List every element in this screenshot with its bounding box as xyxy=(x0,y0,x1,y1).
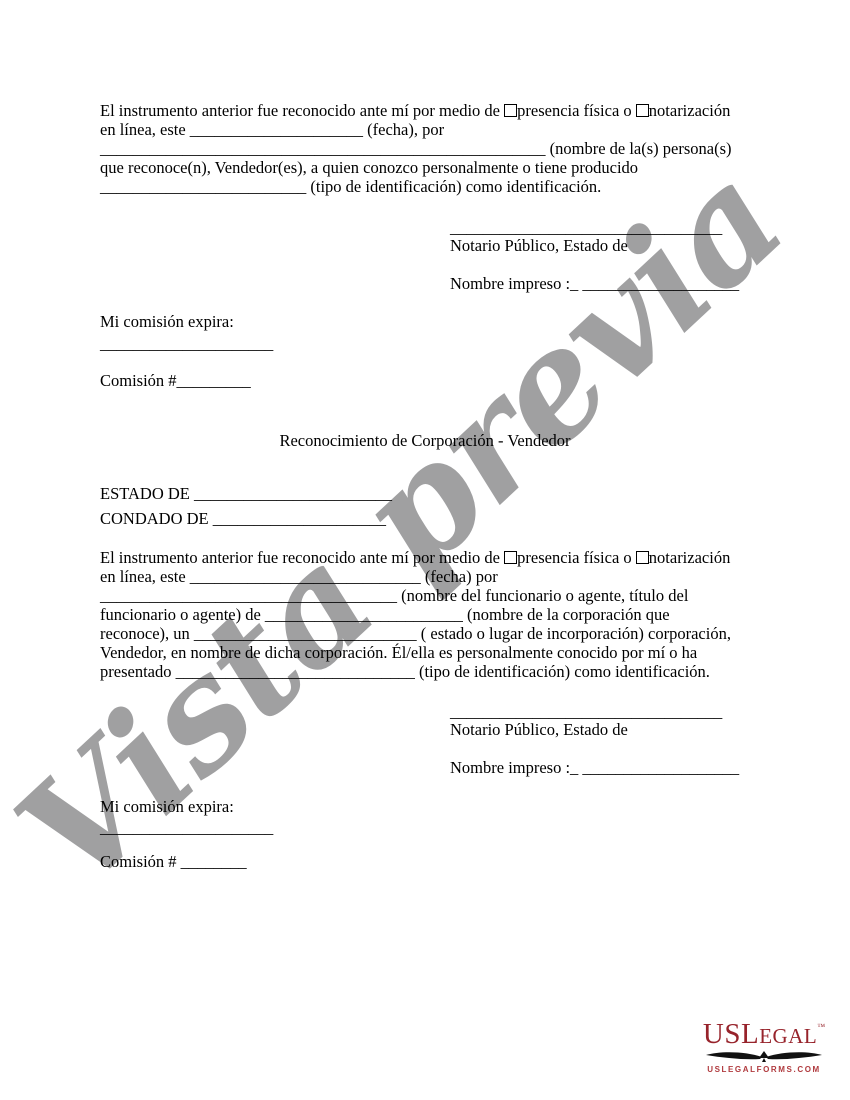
ack-individual-line-3: ________________________________________… xyxy=(100,139,732,158)
ack-individual-line-1: El instrumento anterior fue reconocido a… xyxy=(100,101,730,120)
ack-corporation-line-1: El instrumento anterior fue reconocido a… xyxy=(100,548,730,567)
trademark-symbol: ™ xyxy=(817,1022,825,1031)
notary1-title: Notario Público, Estado de xyxy=(450,236,628,255)
physical-presence-checkbox-1[interactable] xyxy=(504,104,517,117)
ack-corporation-line-2: en línea, este _________________________… xyxy=(100,567,498,586)
online-notarization-checkbox-2[interactable] xyxy=(636,551,649,564)
physical-presence-label-2: presencia física o xyxy=(517,548,636,567)
commission2-number: Comisión # ________ xyxy=(100,852,247,871)
physical-presence-checkbox-2[interactable] xyxy=(504,551,517,564)
commission1-expires-line: _____________________ xyxy=(100,334,273,353)
uslegal-wordmark-us: US xyxy=(703,1018,741,1050)
notary2-title: Notario Público, Estado de xyxy=(450,720,628,739)
commission2-expires-label: Mi comisión expira: xyxy=(100,797,234,816)
ack-individual-line-2: en línea, este _____________________ (fe… xyxy=(100,120,444,139)
ack-individual-line-5: _________________________ (tipo de ident… xyxy=(100,177,601,196)
uslegal-wordmark: USLEGAL™ xyxy=(698,1020,830,1049)
commission1-number: Comisión #_________ xyxy=(100,371,251,390)
estado-line: ESTADO DE ________________________ xyxy=(100,484,392,503)
notary2-signature-line: _________________________________ xyxy=(450,702,722,721)
notary2-printed-name: Nombre impreso :_ ___________________ xyxy=(450,758,739,777)
online-notarization-label-1: notarización xyxy=(649,101,731,120)
physical-presence-label-1: presencia física o xyxy=(517,101,636,120)
ack-corporation-line-7: presentado _____________________________… xyxy=(100,662,710,681)
uslegal-wordmark-l: L xyxy=(741,1018,759,1050)
commission1-expires-label: Mi comisión expira: xyxy=(100,312,234,331)
uslegal-site-text: USLEGALFORMS.COM xyxy=(698,1065,830,1074)
uslegal-wordmark-egal: EGAL xyxy=(759,1024,817,1048)
online-notarization-checkbox-1[interactable] xyxy=(636,104,649,117)
online-notarization-label-2: notarización xyxy=(649,548,731,567)
ack-corporation-line-3: ____________________________________ (no… xyxy=(100,586,688,605)
section-heading: Reconocimiento de Corporación - Vendedor xyxy=(0,431,850,450)
notary1-printed-name: Nombre impreso :_ ___________________ xyxy=(450,274,739,293)
commission2-expires-line: _____________________ xyxy=(100,818,273,837)
ack-corporation-line-4: funcionario o agente) de _______________… xyxy=(100,605,670,624)
eagle-wings-icon xyxy=(705,1050,823,1064)
ack-individual-line-4: que reconoce(n), Vendedor(es), a quien c… xyxy=(100,158,638,177)
ack-corporation-line-1-pre: El instrumento anterior fue reconocido a… xyxy=(100,548,504,567)
ack-corporation-line-6: Vendedor, en nombre de dicha corporación… xyxy=(100,643,697,662)
ack-corporation-line-5: reconoce), un __________________________… xyxy=(100,624,731,643)
document-preview-page: Vista previa El instrumento anterior fue… xyxy=(0,0,850,1100)
ack-individual-line-1-pre: El instrumento anterior fue reconocido a… xyxy=(100,101,504,120)
uslegal-logo: USLEGAL™ USLEGALFORMS.COM xyxy=(698,1020,830,1074)
notary1-signature-line: _________________________________ xyxy=(450,218,722,237)
condado-line: CONDADO DE _____________________ xyxy=(100,509,386,528)
